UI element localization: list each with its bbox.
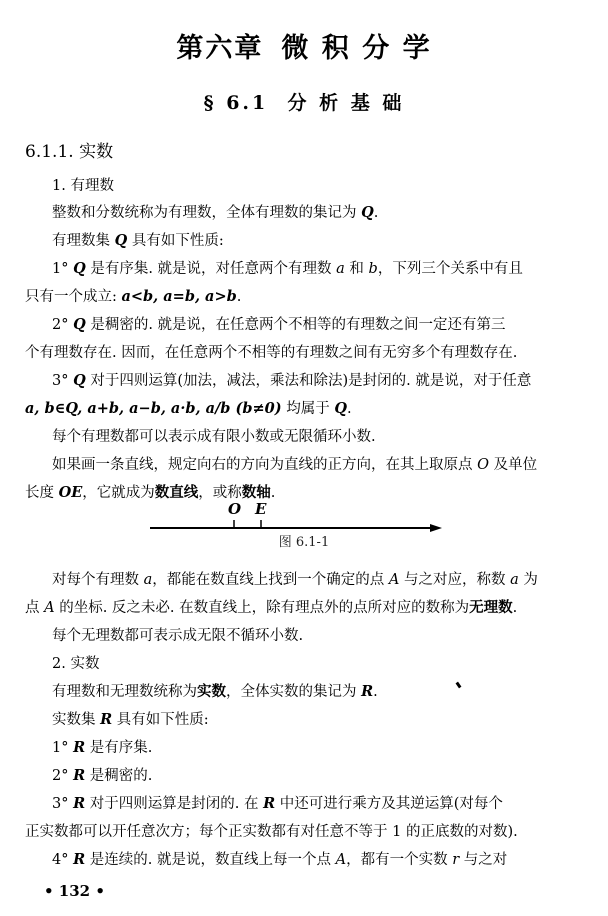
subsection-heading: 6.1.1. 实数	[25, 137, 113, 162]
real-property-3: 3° R 对于四则运算是封闭的. 在 R 中还可进行乘方及其逆运算(对每个	[52, 795, 503, 813]
real-property-1: 1° R 是有序集.	[52, 739, 152, 757]
paragraph-line: 有理数集 Q 具有如下性质:	[52, 232, 224, 250]
scan-speck	[456, 682, 462, 689]
property-3-line: 3° Q 对于四则运算(加法，减法，乘法和除法)是封闭的. 就是说，对于任意	[52, 372, 531, 390]
property-3-line-2: a, b∈Q, a+b, a−b, a·b, a/b (b≠0) 均属于 Q.	[25, 400, 352, 418]
paragraph-line: 实数集 R 具有如下性质:	[52, 711, 209, 729]
real-property-3-line-2: 正实数都可以开任意次方；每个正实数都有对任意不等于 1 的正底数的对数).	[25, 823, 518, 841]
set-symbol: Q	[361, 204, 374, 221]
property-1-line-2: 只有一个成立: a<b, a=b, a>b.	[25, 288, 241, 306]
paragraph-line: 点 A 的坐标. 反之未必. 在数直线上，除有理点外的点所对应的数称为无理数.	[25, 599, 517, 617]
origin-label: O	[228, 500, 241, 518]
paragraph-line: 每个无理数都可表示成无限不循环小数.	[52, 627, 303, 645]
chapter-name: 微 积 分 学	[281, 33, 431, 64]
property-2-line-2: 个有理数存在. 因而，在任意两个不相等的有理数之间有无穷多个有理数存在.	[25, 344, 517, 362]
section-number: § 6.1	[204, 92, 269, 114]
paragraph-line: 对每个有理数 a，都能在数直线上找到一个确定的点 A 与之对应，称数 a 为	[52, 571, 538, 589]
book-page: 第六章微 积 分 学 § 6.1 分 析 基 础 6.1.1. 实数 1. 有理…	[0, 0, 608, 916]
heading-real-numbers: 2. 实数	[52, 655, 99, 673]
section-name: 分 析 基 础	[287, 92, 404, 114]
unit-point-label: E	[255, 500, 266, 518]
paragraph-line: 每个有理数都可以表示成有限小数或无限循环小数.	[52, 428, 376, 446]
section-title: § 6.1 分 析 基 础	[0, 88, 608, 115]
property-1-line: 1° Q 是有序集. 就是说，对任意两个有理数 a 和 b，下列三个关系中有且	[52, 260, 523, 278]
property-2-line: 2° Q 是稠密的. 就是说，在任意两个不相等的有理数之间一定还有第三	[52, 316, 506, 334]
real-property-2: 2° R 是稠密的.	[52, 767, 152, 785]
chapter-number: 第六章	[176, 33, 263, 64]
chapter-title: 第六章微 积 分 学	[0, 26, 608, 65]
heading-rational-numbers: 1. 有理数	[52, 177, 114, 195]
paragraph-line: 整数和分数统称为有理数，全体有理数的集记为 Q.	[52, 204, 378, 222]
page-number: • 132 •	[44, 882, 105, 900]
paragraph-line: 如果画一条直线，规定向右的方向为直线的正方向，在其上取原点 O 及单位	[52, 456, 537, 474]
real-property-4: 4° R 是连续的. 就是说，数直线上每一个点 A，都有一个实数 r 与之对	[52, 851, 507, 869]
paragraph-line: 有理数和无理数统称为实数，全体实数的集记为 R.	[52, 683, 378, 701]
figure-caption: 图 6.1-1	[0, 531, 608, 550]
